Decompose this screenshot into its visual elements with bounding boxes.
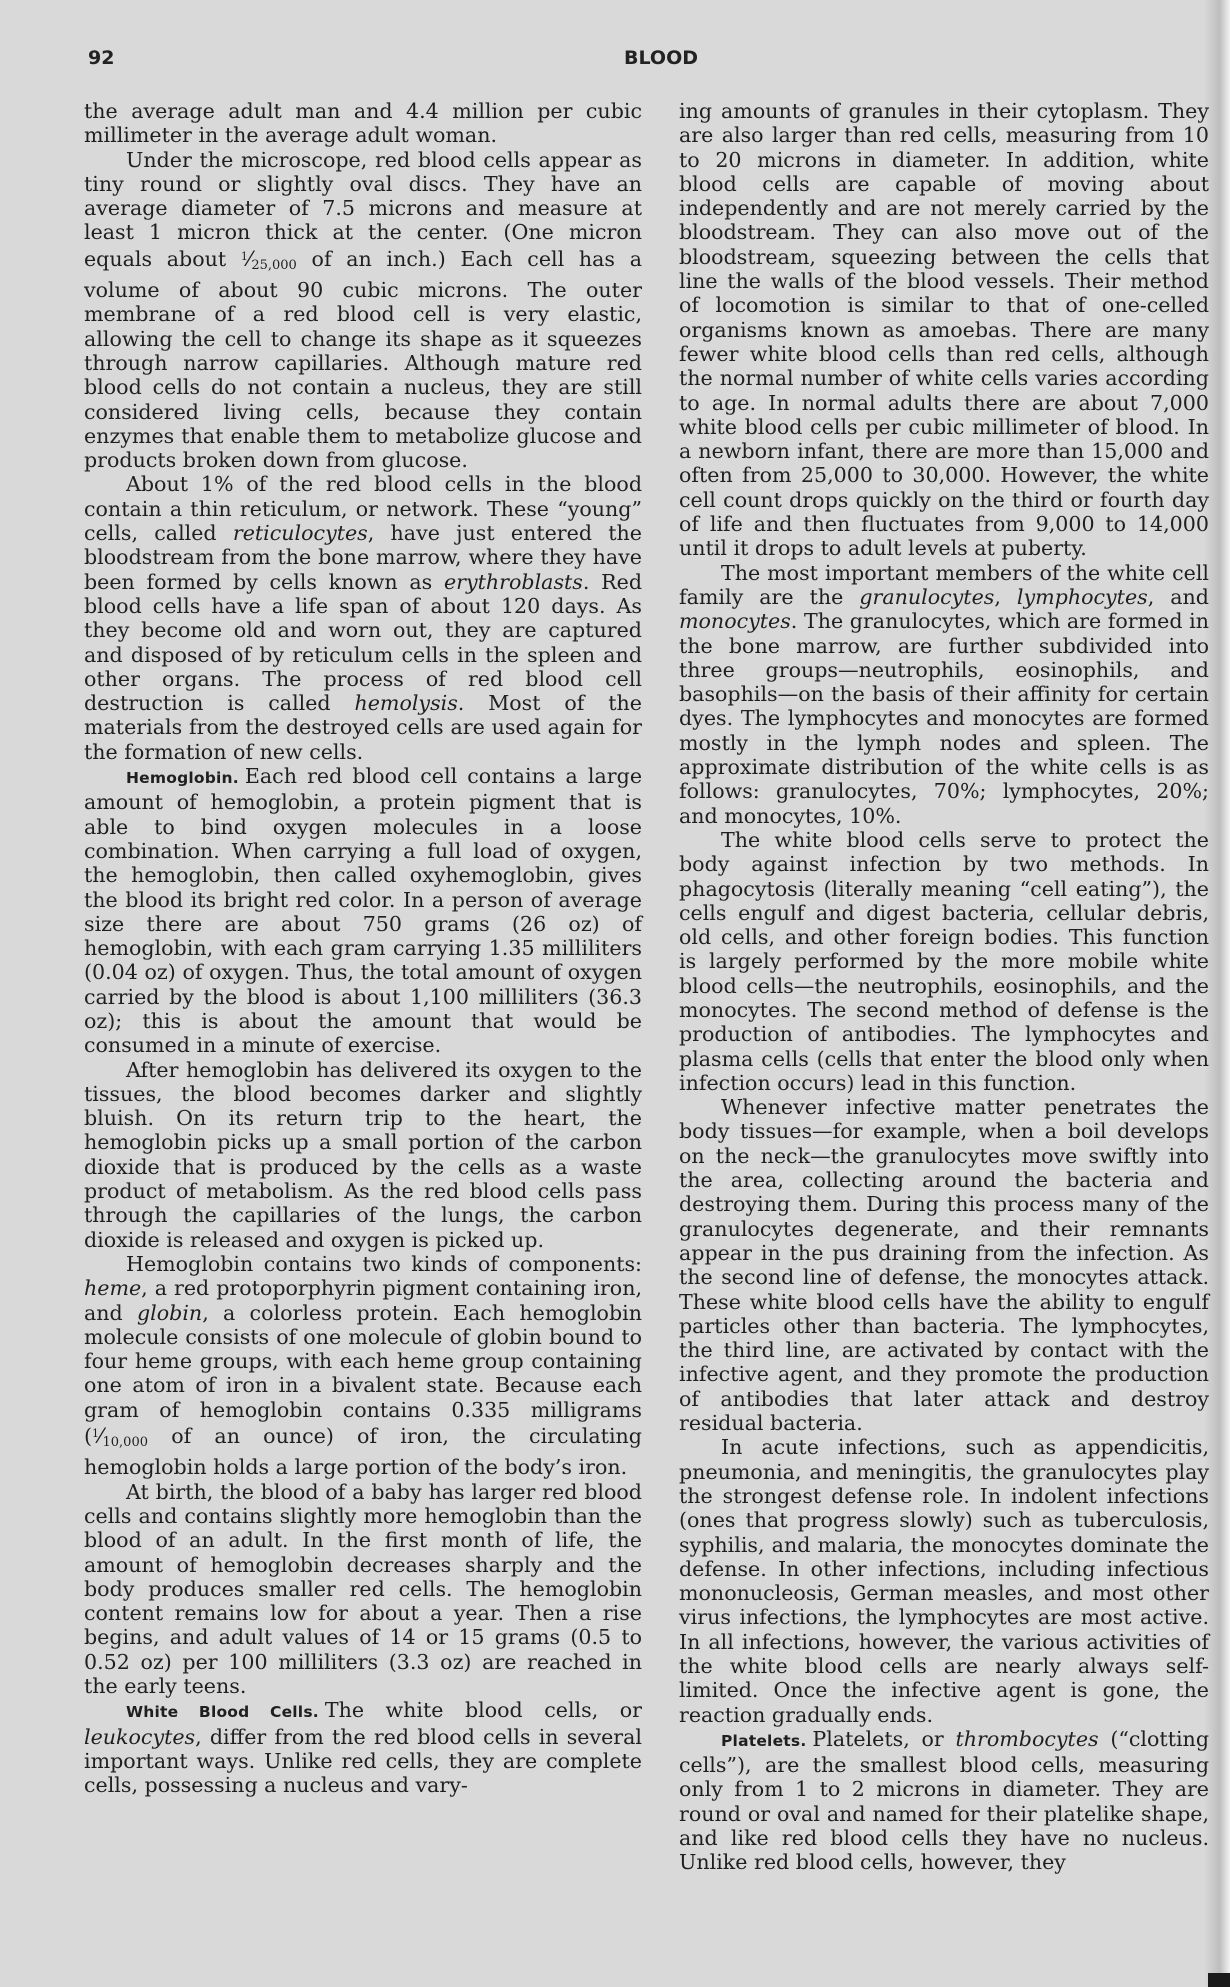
paragraph-oxygen-delivery: After hemoglobin has delivered its oxyge… bbox=[84, 1058, 642, 1252]
section-heading-white-blood-cells: White Blood Cells. bbox=[126, 1703, 319, 1721]
paragraph-heme-globin: Hemoglobin contains two kinds of compone… bbox=[84, 1252, 642, 1480]
section-heading-platelets: Platelets. bbox=[721, 1732, 806, 1750]
left-column: the average adult man and 4.4 million pe… bbox=[84, 99, 642, 1797]
paragraph-continuation: ing amounts of granules in their cytopla… bbox=[679, 99, 1209, 561]
paragraph-rbc-microscope: Under the microscope, red blood cells ap… bbox=[84, 148, 642, 473]
section-heading-hemoglobin: Hemoglobin. bbox=[126, 769, 239, 787]
paragraph-protection-methods: The white blood cells serve to protect t… bbox=[679, 828, 1209, 1095]
paragraph-birth: At birth, the blood of a baby has larger… bbox=[84, 1480, 642, 1699]
paragraph-reticulocytes: About 1% of the red blood cells in the b… bbox=[84, 472, 642, 764]
fraction: 1⁄25,000 bbox=[241, 247, 297, 271]
fraction: 1⁄10,000 bbox=[92, 1424, 148, 1448]
running-title: BLOOD bbox=[624, 47, 698, 69]
running-head: 92 BLOOD bbox=[0, 44, 1230, 74]
paragraph-white-blood-cells: White Blood Cells.The white blood cells,… bbox=[84, 1698, 642, 1797]
paragraph-infection-response: Whenever infective matter penetrates the… bbox=[679, 1095, 1209, 1435]
scan-corner-shadow bbox=[1208, 1973, 1230, 1987]
paragraph-platelets: Platelets.Platelets, or thrombocytes (“c… bbox=[679, 1727, 1209, 1875]
paragraph-hemoglobin: Hemoglobin.Each red blood cell contains … bbox=[84, 764, 642, 1058]
right-column: ing amounts of granules in their cytopla… bbox=[679, 99, 1209, 1875]
paragraph-white-cell-family: The most important members of the white … bbox=[679, 561, 1209, 828]
page-number: 92 bbox=[88, 47, 114, 69]
paragraph-continuation: the average adult man and 4.4 million pe… bbox=[84, 99, 642, 148]
paragraph-acute-infections: In acute infections, such as appendiciti… bbox=[679, 1435, 1209, 1727]
